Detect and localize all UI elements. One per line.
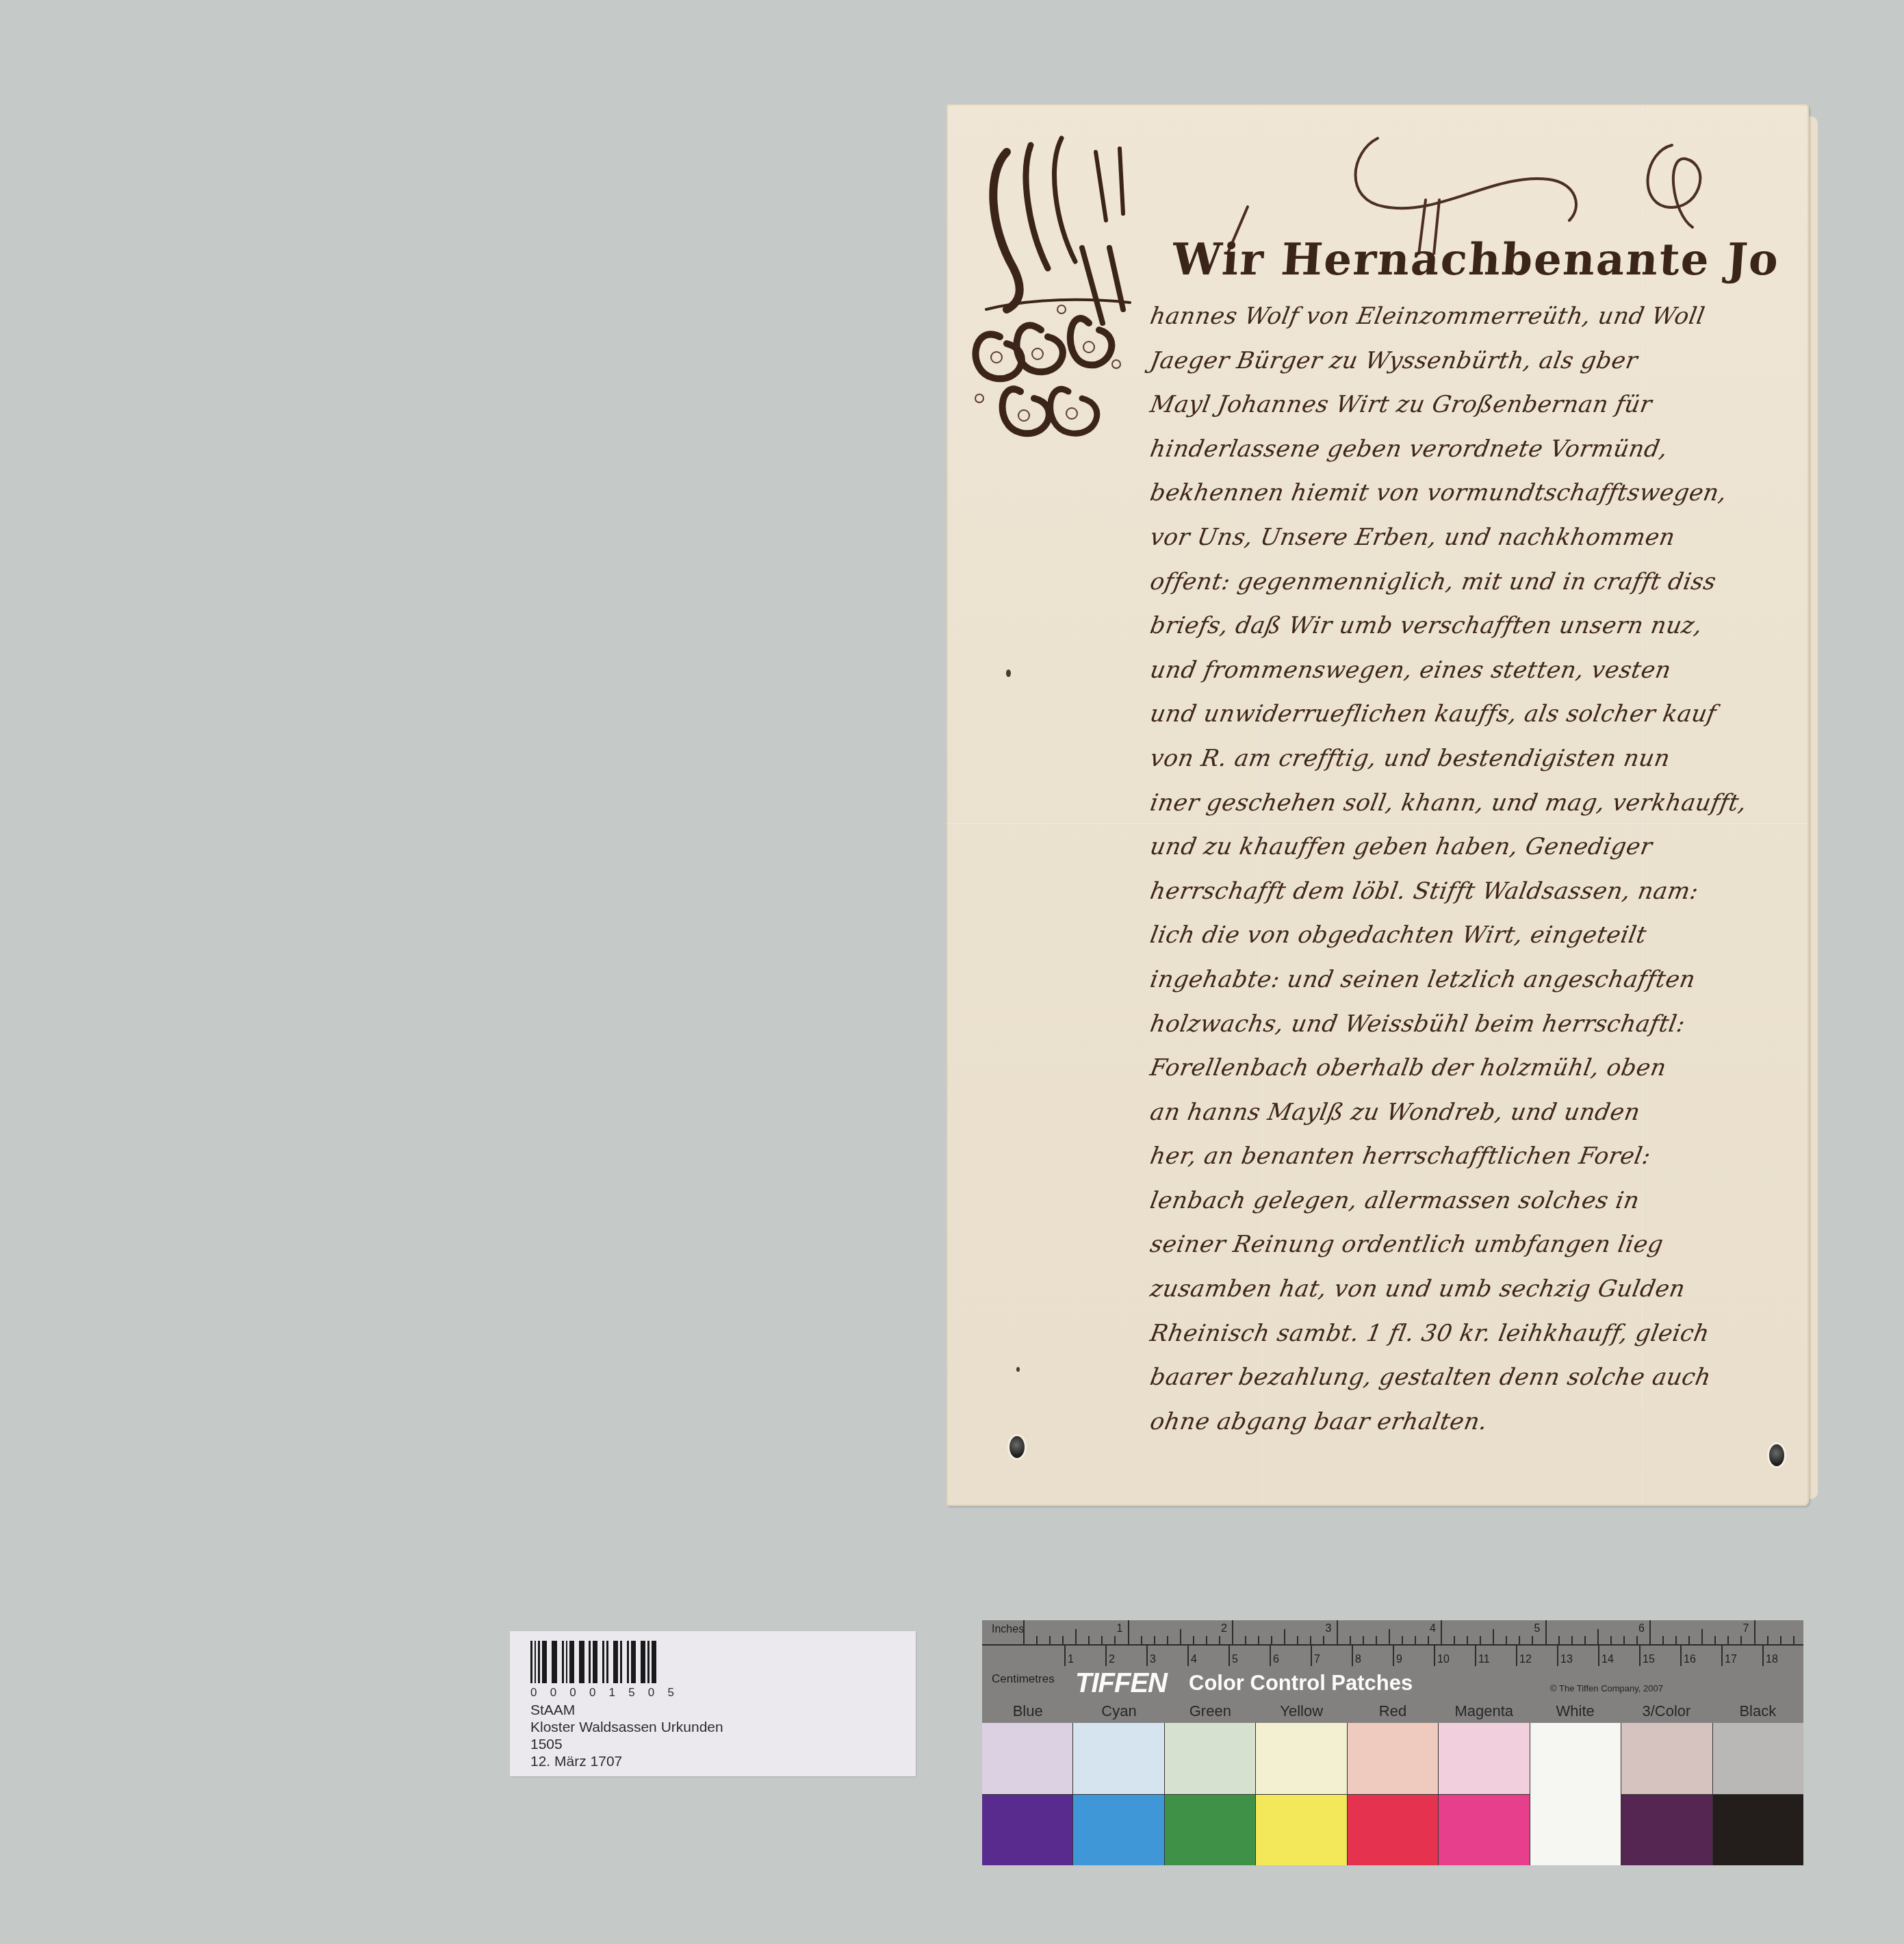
ruler-tick xyxy=(1532,1636,1533,1644)
cm-tick-label: 5 xyxy=(1232,1654,1238,1666)
ruler-tick xyxy=(1571,1636,1573,1644)
label-text: StAAM Kloster Waldsassen Urkunden 1505 1… xyxy=(530,1702,723,1770)
cm-tick-label: 14 xyxy=(1601,1654,1614,1666)
ruler-tick xyxy=(1245,1636,1246,1644)
ruler-tick xyxy=(1062,1636,1064,1644)
ruler-tick xyxy=(1649,1620,1651,1644)
ruler-tick xyxy=(1393,1646,1394,1666)
ruler-tick xyxy=(1146,1646,1148,1666)
ruler-tick xyxy=(1780,1636,1781,1644)
ruler-tick xyxy=(1740,1636,1742,1644)
cm-tick-label: 12 xyxy=(1519,1654,1532,1666)
color-patch-black xyxy=(1713,1723,1803,1865)
ruler-tick xyxy=(1480,1636,1481,1644)
patch-dark xyxy=(1073,1795,1163,1866)
manuscript-body: hannes Wolf von Eleinzommerreüth, und Wo… xyxy=(1150,294,1787,1444)
ornate-initial-letter-icon xyxy=(959,131,1157,453)
ruler-tick xyxy=(1714,1636,1716,1644)
ruler-tick xyxy=(1558,1636,1560,1644)
patch-label: Black xyxy=(1712,1702,1803,1720)
color-patch-white xyxy=(1530,1723,1621,1865)
cm-tick-label: 15 xyxy=(1643,1654,1655,1666)
document-heading: Wir Hernachbenante Jo xyxy=(1170,234,1781,285)
ruler-tick xyxy=(1270,1646,1271,1666)
ruler-tick xyxy=(1516,1646,1517,1666)
manuscript-line: holzwachs, und Weissbühl beim herrschaft… xyxy=(1146,1002,1790,1047)
cm-tick-label: 18 xyxy=(1766,1654,1778,1666)
manuscript-line: hannes Wolf von Eleinzommerreüth, und Wo… xyxy=(1146,294,1790,339)
patch-light xyxy=(982,1723,1072,1795)
chart-title: Color Control Patches xyxy=(1189,1671,1413,1696)
manuscript-line: zusamben hat, von und umb sechzig Gulden xyxy=(1146,1267,1790,1312)
ruler-tick xyxy=(1402,1636,1403,1644)
patch-dark xyxy=(1439,1795,1529,1866)
ruler-tick xyxy=(1310,1636,1311,1644)
manuscript-line: seiner Reinung ordentlich umbfangen lieg xyxy=(1146,1223,1790,1267)
color-patches xyxy=(982,1723,1803,1865)
ruler-tick xyxy=(1350,1636,1351,1644)
manuscript-line: iner geschehen soll, khann, und mag, ver… xyxy=(1146,781,1790,826)
patch-label: Cyan xyxy=(1073,1702,1164,1720)
barcode-icon xyxy=(530,1641,658,1683)
manuscript-line: Forellenbach oberhalb der holzmühl, oben xyxy=(1146,1046,1790,1090)
patch-light xyxy=(1439,1723,1529,1795)
manuscript-line: und zu khauffen geben haben, Genediger xyxy=(1146,825,1790,869)
manuscript-line: offent: gegenmenniglich, mit und in craf… xyxy=(1146,560,1790,604)
ruler-tick xyxy=(1193,1636,1194,1644)
cm-tick-label: 7 xyxy=(1314,1654,1320,1666)
ruler-tick xyxy=(1180,1629,1181,1644)
ruler-tick xyxy=(1232,1620,1233,1644)
archive-name: StAAM xyxy=(530,1702,723,1719)
manuscript-line: Mayl Johannes Wirt zu Großenbernan für xyxy=(1146,383,1790,427)
ruler-tick xyxy=(1441,1620,1442,1644)
patch-light xyxy=(1713,1723,1803,1795)
ruler-tick xyxy=(1228,1646,1230,1666)
patch-labels: Blue Cyan Green Yellow Red Magenta White… xyxy=(982,1702,1803,1720)
ruler-tick xyxy=(1557,1646,1558,1666)
ruler-tick xyxy=(1754,1620,1755,1644)
ruler-tick xyxy=(1167,1636,1168,1644)
manuscript-line: hinderlassene geben verordnete Vormünd, xyxy=(1146,427,1790,472)
barcode-digit: 0 xyxy=(550,1686,556,1700)
ruler-tick xyxy=(1598,1646,1599,1666)
cm-tick-label: 17 xyxy=(1725,1654,1737,1666)
ruler-tick xyxy=(1075,1629,1077,1644)
patch-label: 3/Color xyxy=(1621,1702,1712,1720)
patch-light xyxy=(1530,1723,1621,1794)
cm-tick-label: 11 xyxy=(1478,1654,1490,1666)
color-patch-magenta xyxy=(1439,1723,1530,1865)
manuscript-line: lich die von obgedachten Wirt, eingeteil… xyxy=(1146,913,1790,958)
patch-dark xyxy=(1621,1795,1712,1866)
barcode-digit: 0 xyxy=(589,1686,595,1700)
ruler-tick xyxy=(1506,1636,1507,1644)
patch-light xyxy=(1073,1723,1163,1795)
manuscript-line: lenbach gelegen, allermassen solches in xyxy=(1146,1179,1790,1223)
patch-label: White xyxy=(1530,1702,1621,1720)
color-patch-blue xyxy=(982,1723,1073,1865)
ruler-tick xyxy=(1467,1636,1468,1644)
ruler-tick xyxy=(1762,1646,1764,1666)
cm-tick-label: 3 xyxy=(1150,1654,1156,1666)
manuscript-page: Wir Hernachbenante Jo hannes Wolf von El… xyxy=(947,104,1809,1506)
ruler-tick xyxy=(1141,1636,1142,1644)
patch-dark xyxy=(1165,1795,1255,1866)
patch-dark xyxy=(982,1795,1072,1866)
ruler-tick xyxy=(1271,1636,1272,1644)
ruler-tick xyxy=(1597,1629,1599,1644)
ink-spot xyxy=(1006,669,1011,677)
color-patch-green xyxy=(1165,1723,1256,1865)
patch-label: Yellow xyxy=(1256,1702,1347,1720)
manuscript-line: Jaeger Bürger zu Wyssenbürth, als gber xyxy=(1146,339,1790,383)
ruler-tick xyxy=(1389,1629,1390,1644)
manuscript-line: Rheinisch sambt. 1 fl. 30 kr. leihkhauff… xyxy=(1146,1312,1790,1356)
ruler-tick xyxy=(1610,1636,1612,1644)
manuscript-line: her, an benanten herrschafftlichen Forel… xyxy=(1146,1134,1790,1179)
barcode-digit: 5 xyxy=(628,1686,634,1700)
patch-dark xyxy=(1256,1795,1346,1866)
cm-tick-label: 1 xyxy=(1068,1654,1074,1666)
ruler-tick xyxy=(1662,1636,1664,1644)
barcode-digit: 0 xyxy=(648,1686,654,1700)
manuscript-line: an hanns Maylß zu Wondreb, und unden xyxy=(1146,1090,1790,1135)
patch-dark xyxy=(1713,1795,1803,1866)
inch-tick-label: 3 xyxy=(1326,1623,1332,1635)
ruler-tick xyxy=(1187,1646,1189,1666)
ruler-tick xyxy=(1415,1636,1416,1644)
patch-light xyxy=(1621,1723,1712,1795)
ruler-tick xyxy=(1688,1636,1690,1644)
patch-label: Blue xyxy=(982,1702,1073,1720)
ruler-tick xyxy=(1428,1636,1429,1644)
manuscript-line: baarer bezahlung, gestalten denn solche … xyxy=(1146,1355,1790,1400)
patch-light xyxy=(1256,1723,1346,1795)
cm-tick-label: 16 xyxy=(1684,1654,1696,1666)
inch-tick-label: 7 xyxy=(1743,1623,1749,1635)
ruler-tick xyxy=(1311,1646,1312,1666)
manuscript-line: herrschafft dem löbl. Stifft Waldsassen,… xyxy=(1146,869,1790,914)
ruler-tick xyxy=(1128,1620,1129,1644)
ruler-tick xyxy=(1675,1636,1677,1644)
inch-tick-label: 1 xyxy=(1117,1623,1123,1635)
cm-tick-label: 4 xyxy=(1191,1654,1197,1666)
ruler-tick xyxy=(1376,1636,1377,1644)
ruler-tick xyxy=(1206,1636,1207,1644)
manuscript-line: bekhennen hiemit von vormundtschafftsweg… xyxy=(1146,471,1790,515)
cm-tick-label: 2 xyxy=(1109,1654,1115,1666)
copyright-text: © The Tiffen Company, 2007 xyxy=(1550,1683,1663,1693)
collection-name: Kloster Waldsassen Urkunden xyxy=(530,1719,723,1736)
ruler-tick xyxy=(1352,1646,1353,1666)
barcode-number: 0 0 0 0 1 5 0 5 xyxy=(530,1686,674,1700)
ruler-tick xyxy=(1036,1636,1038,1644)
ruler-tick xyxy=(1323,1636,1324,1644)
manuscript-line: briefs, daß Wir umb verschafften unsern … xyxy=(1146,604,1790,648)
ruler-tick xyxy=(1258,1636,1259,1644)
ink-spot xyxy=(1016,1367,1020,1372)
ruler-tick xyxy=(1363,1636,1364,1644)
color-patch-3-color xyxy=(1621,1723,1712,1865)
manuscript-line: ingehabte: und seinen letzlich angeschaf… xyxy=(1146,958,1790,1002)
ruler-tick xyxy=(1623,1636,1625,1644)
cm-tick-label: 6 xyxy=(1273,1654,1279,1666)
document-number: 1505 xyxy=(530,1736,723,1753)
color-control-chart: Inches 12345678 123456789101112131415161… xyxy=(982,1620,1803,1865)
ruler-tick xyxy=(1064,1646,1066,1666)
patch-label: Red xyxy=(1347,1702,1438,1720)
patch-label: Green xyxy=(1165,1702,1256,1720)
ruler-tick xyxy=(1767,1636,1768,1644)
ruler-tick xyxy=(1049,1636,1051,1644)
barcode-digit: 5 xyxy=(667,1686,673,1700)
punch-hole xyxy=(1769,1444,1784,1466)
patch-label: Magenta xyxy=(1439,1702,1530,1720)
ruler-tick xyxy=(1475,1646,1476,1666)
ruler-tick xyxy=(1680,1646,1682,1666)
ruler-tick xyxy=(1088,1636,1090,1644)
ruler-tick xyxy=(1454,1636,1455,1644)
punch-hole xyxy=(1009,1436,1025,1458)
cm-tick-label: 13 xyxy=(1560,1654,1573,1666)
patch-light xyxy=(1165,1723,1255,1795)
ruler-tick xyxy=(1793,1636,1794,1644)
ruler-tick xyxy=(1493,1629,1494,1644)
color-patch-cyan xyxy=(1073,1723,1164,1865)
ruler-tick xyxy=(1727,1636,1729,1644)
manuscript-line: und frommenswegen, eines stetten, vesten xyxy=(1146,648,1790,693)
ruler-tick xyxy=(1101,1636,1103,1644)
inches-label: Inches xyxy=(992,1624,1024,1636)
centimetres-label: Centimetres xyxy=(992,1672,1055,1686)
ruler-tick xyxy=(1219,1636,1220,1644)
archive-label: 0 0 0 0 1 5 0 5 StAAM Kloster Waldsassen… xyxy=(510,1631,916,1776)
cm-tick-label: 10 xyxy=(1437,1654,1450,1666)
inch-tick-label: 6 xyxy=(1638,1623,1645,1635)
document-date: 12. März 1707 xyxy=(530,1753,723,1770)
ruler-tick xyxy=(1721,1646,1723,1666)
barcode-digit: 1 xyxy=(609,1686,615,1700)
barcode-digit: 0 xyxy=(569,1686,576,1700)
inch-tick-label: 5 xyxy=(1534,1623,1541,1635)
inch-ruler: Inches 12345678 xyxy=(982,1620,1803,1646)
cm-tick-label: 9 xyxy=(1396,1654,1402,1666)
ruler-tick xyxy=(1434,1646,1435,1666)
color-patch-yellow xyxy=(1256,1723,1347,1865)
patch-dark xyxy=(1348,1795,1438,1866)
patch-light xyxy=(1348,1723,1438,1795)
cm-tick-label: 8 xyxy=(1355,1654,1361,1666)
ruler-tick xyxy=(1114,1636,1116,1644)
manuscript-line: vor Uns, Unsere Erben, und nachkhommen xyxy=(1146,515,1790,560)
ruler-tick xyxy=(1701,1629,1703,1644)
ruler-tick xyxy=(1584,1636,1586,1644)
manuscript-line: ohne abgang baar erhalten. xyxy=(1146,1400,1790,1444)
barcode-digit: 0 xyxy=(530,1686,537,1700)
manuscript-line: von R. am crefftig, und bestendigisten n… xyxy=(1146,737,1790,781)
inch-tick-label: 4 xyxy=(1430,1623,1436,1635)
ruler-tick xyxy=(1639,1646,1641,1666)
ruler-tick xyxy=(1545,1620,1547,1644)
tiffen-logo: TIFFEN xyxy=(1075,1668,1167,1699)
inch-tick-label: 2 xyxy=(1221,1623,1227,1635)
manuscript-line: und unwiderrueflichen kauffs, als solche… xyxy=(1146,692,1790,737)
ruler-tick xyxy=(1105,1646,1107,1666)
ruler-tick xyxy=(1337,1620,1338,1644)
color-patch-red xyxy=(1348,1723,1439,1865)
patch-dark xyxy=(1530,1794,1621,1865)
ruler-tick xyxy=(1023,1620,1025,1644)
ruler-tick xyxy=(1154,1636,1155,1644)
ruler-tick xyxy=(1519,1636,1520,1644)
ruler-tick xyxy=(1284,1629,1285,1644)
ruler-tick xyxy=(1636,1636,1638,1644)
ruler-tick xyxy=(1297,1636,1298,1644)
